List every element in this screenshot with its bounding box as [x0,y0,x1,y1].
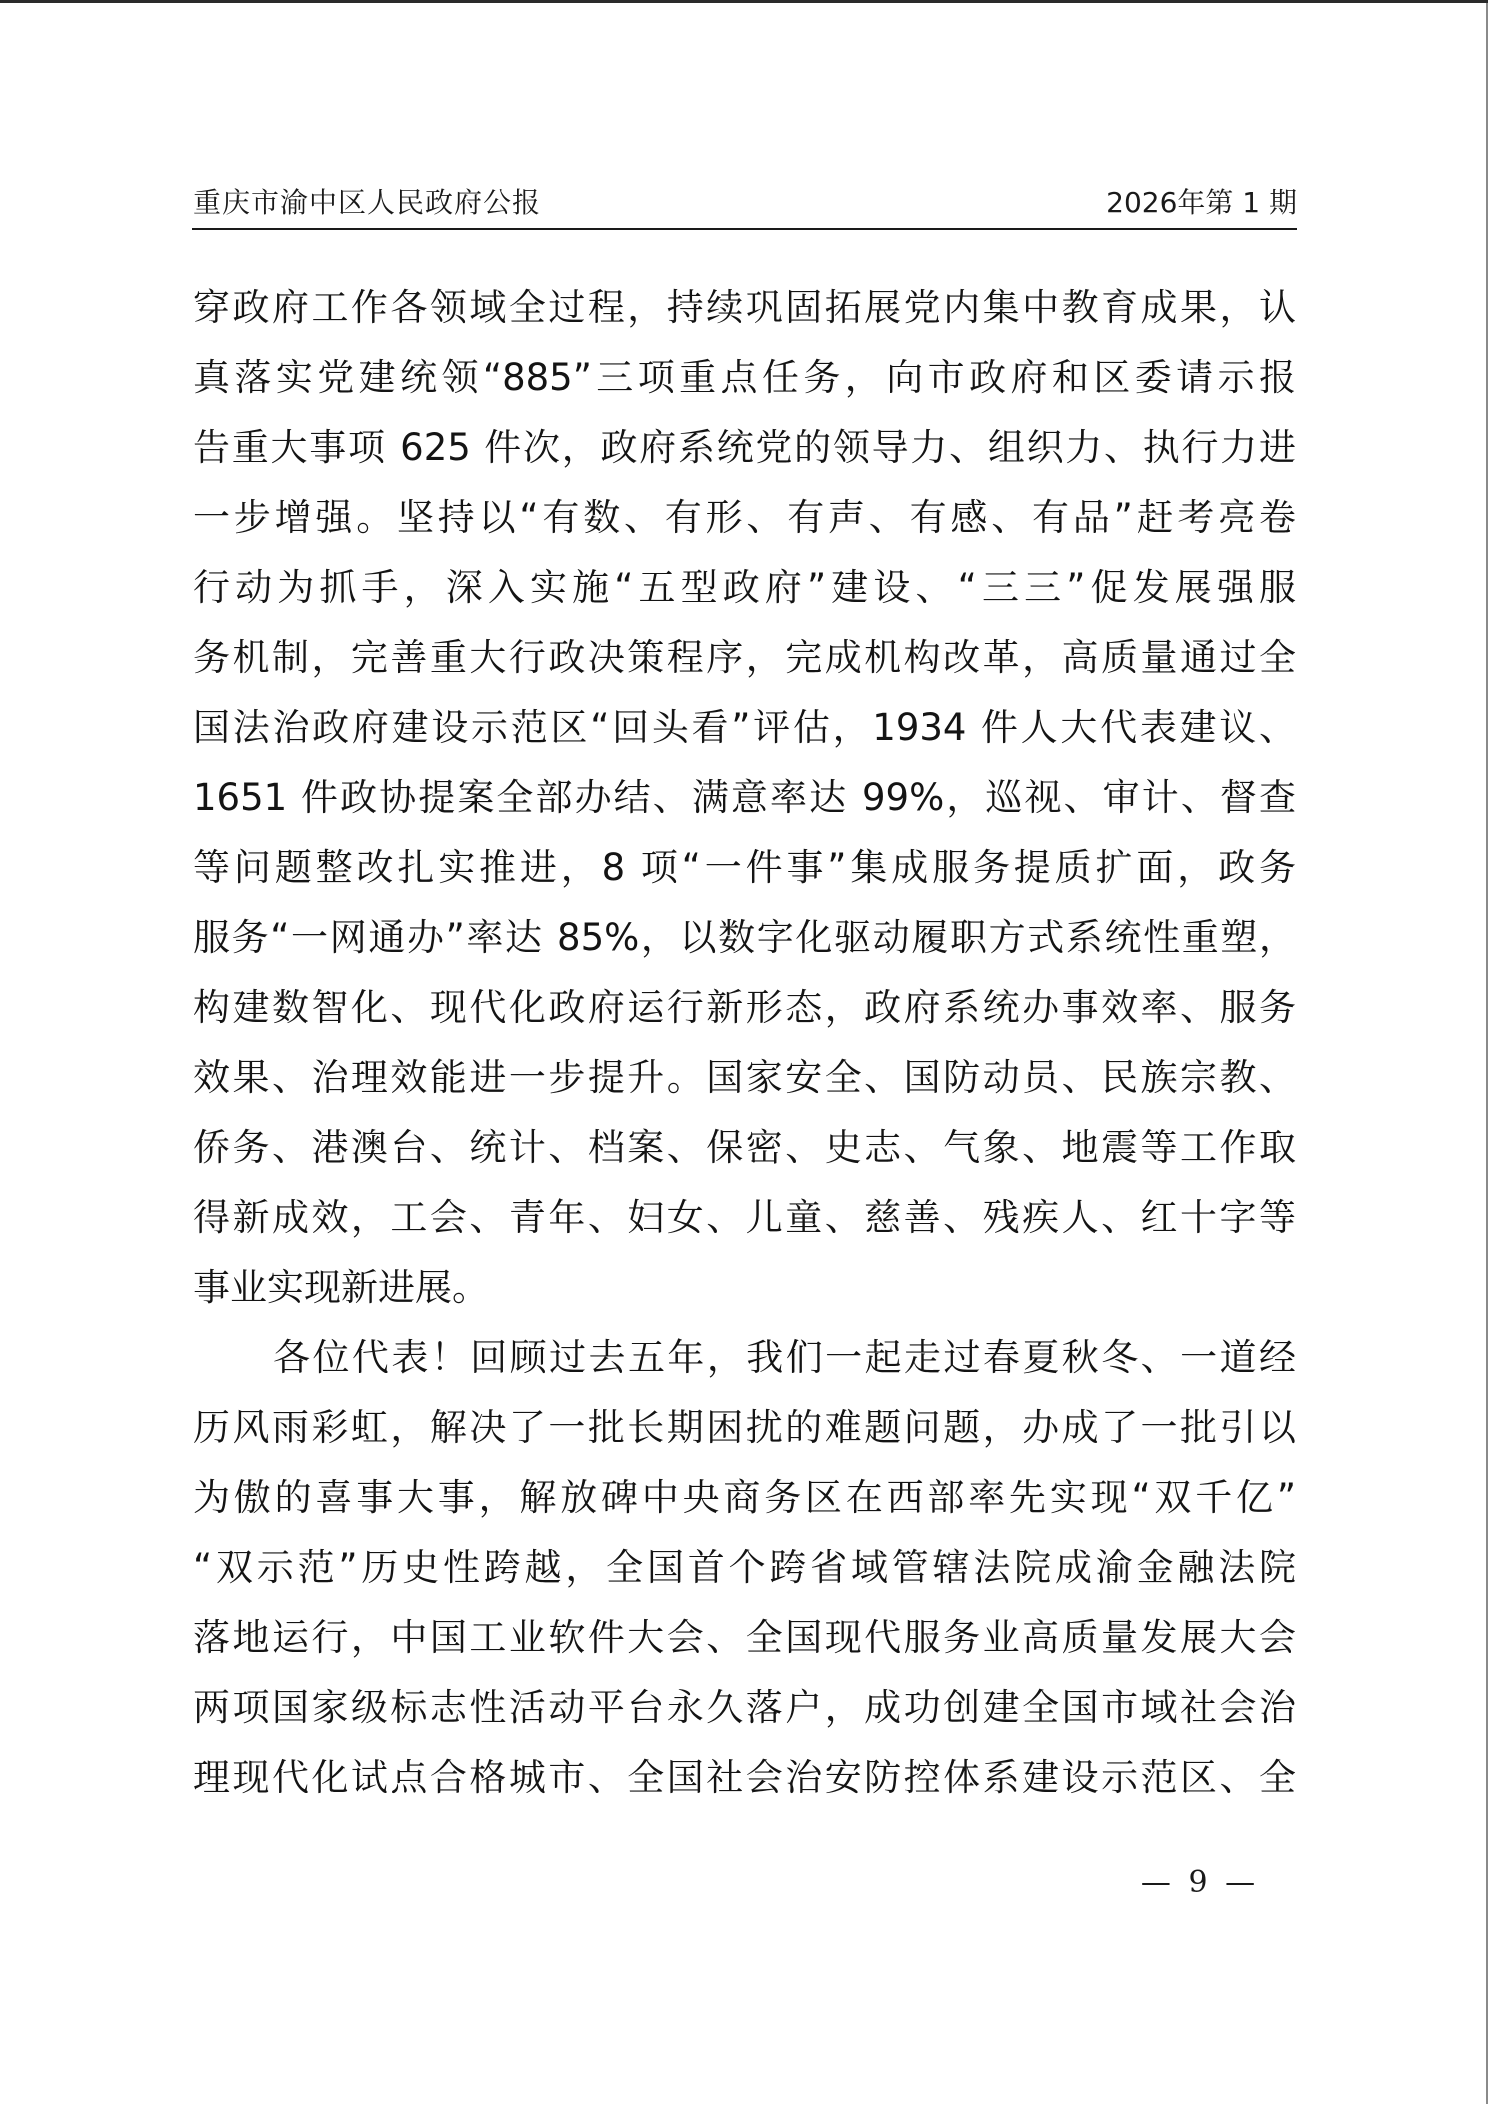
text-line: 落地运行，中国工业软件大会、全国现代服务业高质量发展大会 [193,1603,1296,1673]
text-line: 侨务、港澳台、统计、档案、保密、史志、气象、地震等工作取 [193,1113,1296,1183]
document-page: 重庆市渝中区人民政府公报 2026年第 1 期 穿政府工作各领域全过程，持续巩固… [0,0,1488,2104]
text-line: 务机制，完善重大行政决策程序，完成机构改革，高质量通过全 [193,623,1296,693]
issue-number: 2026年第 1 期 [1106,183,1297,223]
paragraph: 各位代表！回顾过去五年，我们一起走过春夏秋冬、一道经 历风雨彩虹，解决了一批长期… [193,1323,1296,1813]
page-header: 重庆市渝中区人民政府公报 2026年第 1 期 [193,183,1297,223]
text-line: 得新成效，工会、青年、妇女、儿童、慈善、残疾人、红十字等 [193,1183,1296,1253]
text-line: “双示范”历史性跨越，全国首个跨省域管辖法院成渝金融法院 [193,1533,1296,1603]
text-line: 1651 件政协提案全部办结、满意率达 99%，巡视、审计、督查 [193,763,1296,833]
text-line: 一步增强。坚持以“有数、有形、有声、有感、有品”赶考亮卷 [193,483,1296,553]
text-line: 行动为抓手，深入实施“五型政府”建设、“三三”促发展强服 [193,553,1296,623]
text-line: 穿政府工作各领域全过程，持续巩固拓展党内集中教育成果，认 [193,273,1296,343]
text-line: 两项国家级标志性活动平台永久落户，成功创建全国市域社会治 [193,1673,1296,1743]
text-line: 事业实现新进展。 [193,1253,1296,1323]
text-line: 等问题整改扎实推进，8 项“一件事”集成服务提质扩面，政务 [193,833,1296,903]
text-line: 构建数智化、现代化政府运行新形态，政府系统办事效率、服务 [193,973,1296,1043]
text-line: 真落实党建统领“885”三项重点任务，向市政府和区委请示报 [193,343,1296,413]
text-line: 理现代化试点合格城市、全国社会治安防控体系建设示范区、全 [193,1743,1296,1813]
text-line: 为傲的喜事大事，解放碑中央商务区在西部率先实现“双千亿” [193,1463,1296,1533]
text-line: 效果、治理效能进一步提升。国家安全、国防动员、民族宗教、 [193,1043,1296,1113]
paragraph: 穿政府工作各领域全过程，持续巩固拓展党内集中教育成果，认 真落实党建统领“885… [193,273,1296,1323]
text-line: 告重大事项 625 件次，政府系统党的领导力、组织力、执行力进 [193,413,1296,483]
text-line: 服务“一网通办”率达 85%，以数字化驱动履职方式系统性重塑， [193,903,1296,973]
text-line: 历风雨彩虹，解决了一批长期困扰的难题问题，办成了一批引以 [193,1393,1296,1463]
page-number: — 9 — [1130,1863,1270,1903]
header-divider [192,228,1297,230]
text-line: 各位代表！回顾过去五年，我们一起走过春夏秋冬、一道经 [193,1323,1296,1393]
body-text: 穿政府工作各领域全过程，持续巩固拓展党内集中教育成果，认 真落实党建统领“885… [193,273,1296,1813]
publication-title: 重庆市渝中区人民政府公报 [193,183,541,223]
text-line: 国法治政府建设示范区“回头看”评估，1934 件人大代表建议、 [193,693,1296,763]
